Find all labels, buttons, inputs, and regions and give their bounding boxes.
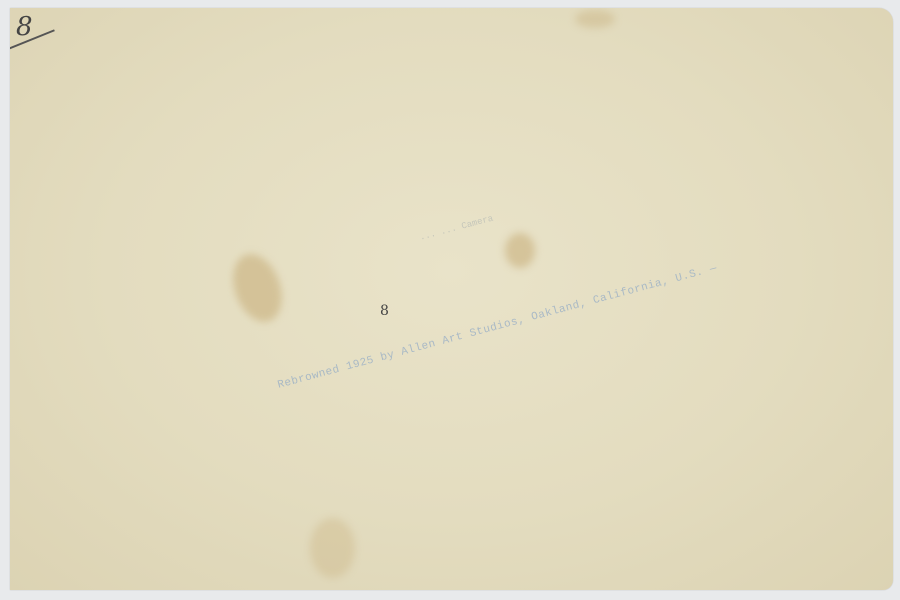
faint-typed-text: ... ... Camera bbox=[419, 214, 495, 243]
photo-card-back: 8 8 ... ... Camera Rebrowned 1925 by All… bbox=[10, 8, 893, 590]
handwritten-center-number: 8 bbox=[380, 303, 389, 319]
handwritten-corner-number: 8 bbox=[16, 12, 33, 42]
stain bbox=[505, 233, 535, 268]
stain bbox=[575, 10, 615, 28]
stain bbox=[224, 247, 290, 328]
stamped-caption: Rebrowned 1925 by Allen Art Studios, Oak… bbox=[276, 263, 718, 392]
stain bbox=[310, 518, 355, 578]
